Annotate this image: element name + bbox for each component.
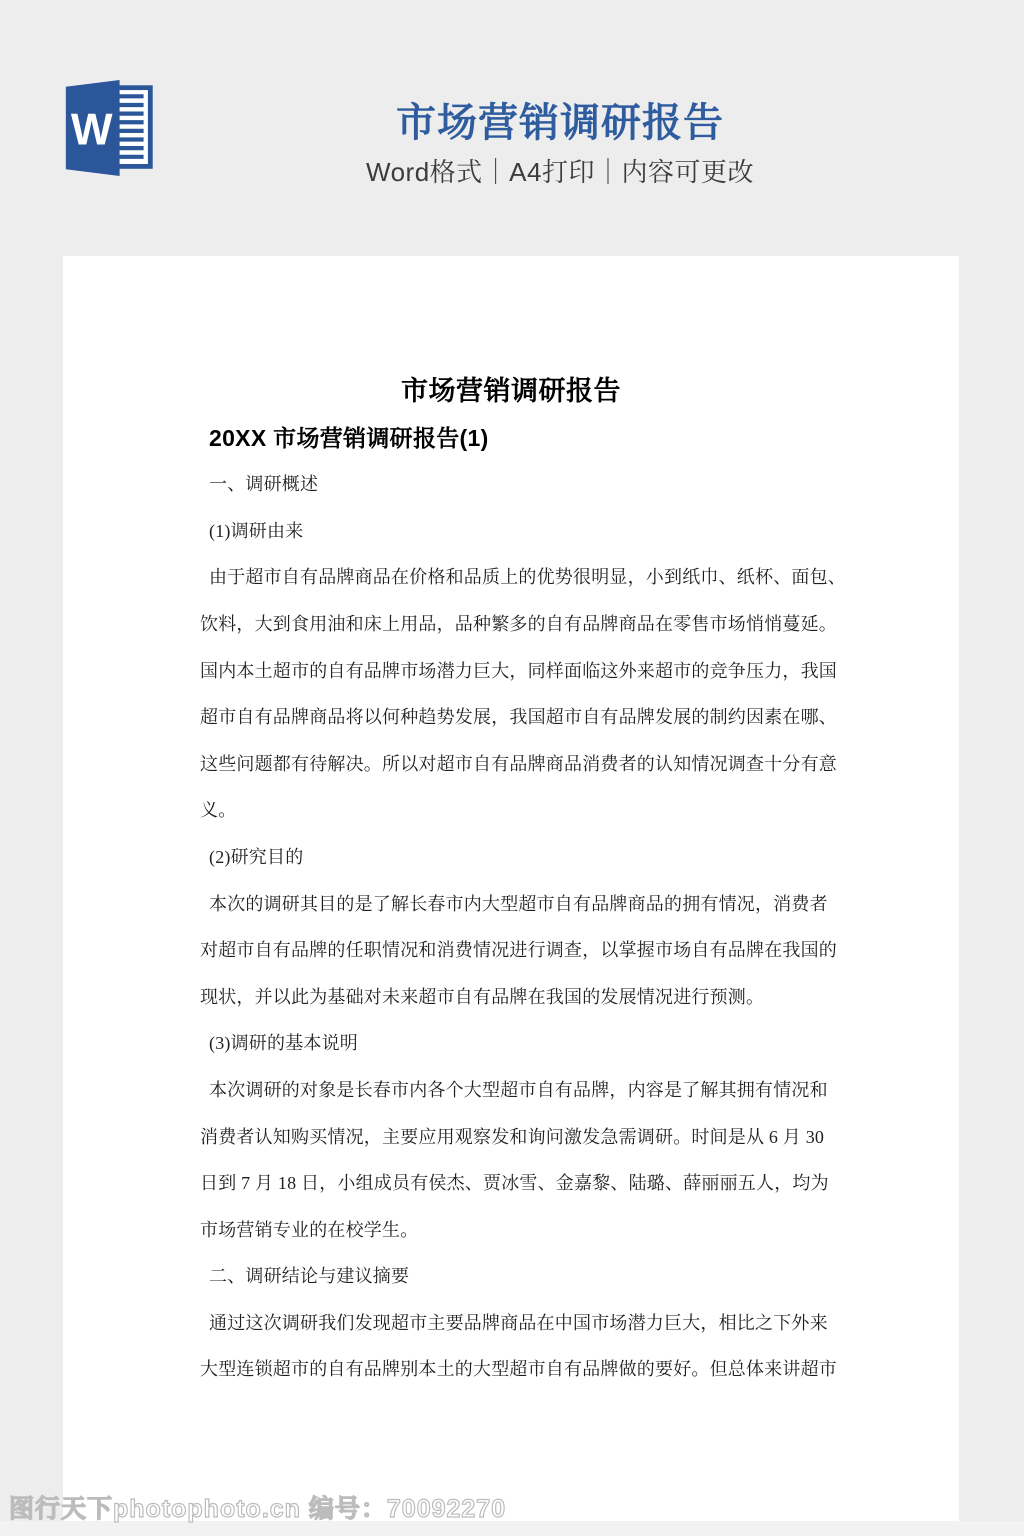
doc-text-line: 市场营销专业的在校学生。 (63, 1207, 959, 1254)
doc-text-line: 本次的调研其目的是了解长春市内大型超市自有品牌商品的拥有情况，消费者 (63, 881, 959, 928)
doc-section-line: (2)研究目的 (63, 834, 959, 881)
doc-text-line: 大型连锁超市的自有品牌别本土的大型超市自有品牌做的要好。但总体来讲超市 (63, 1346, 959, 1393)
doc-text-line: 消费者认知购买情况，主要应用观察发和询问激发急需调研。时间是从 6 月 30 (63, 1114, 959, 1161)
document-page: 市场营销调研报告20XX 市场营销调研报告(1)一、调研概述(1)调研由来由于超… (63, 256, 959, 1521)
doc-text-line: 日到 7 月 18 日，小组成员有侯杰、贾冰雪、金嘉黎、陆璐、薛丽丽五人，均为 (63, 1160, 959, 1207)
doc-heading: 20XX 市场营销调研报告(1) (63, 415, 959, 462)
doc-text-line: 饮料，大到食用油和床上用品，品种繁多的自有品牌商品在零售市场悄悄蔓延。 (63, 601, 959, 648)
doc-text-line: 义。 (63, 787, 959, 834)
header-subtitle: Word格式｜A4打印｜内容可更改 (96, 152, 1024, 189)
doc-text-line: 国内本土超市的自有品牌市场潜力巨大，同样面临这外来超市的竞争压力，我国 (63, 648, 959, 695)
doc-section-line: (1)调研由来 (63, 508, 959, 555)
doc-section-line: 一、调研概述 (63, 461, 959, 508)
doc-section-line: 二、调研结论与建议摘要 (63, 1253, 959, 1300)
doc-text-line: 通过这次调研我们发现超市主要品牌商品在中国市场潜力巨大，相比之下外来 (63, 1300, 959, 1347)
doc-text-line: 这些问题都有待解决。所以对超市自有品牌商品消费者的认知情况调查十分有意 (63, 741, 959, 788)
doc-section-line: (3)调研的基本说明 (63, 1020, 959, 1067)
doc-text-line: 本次调研的对象是长春市内各个大型超市自有品牌，内容是了解其拥有情况和 (63, 1067, 959, 1114)
doc-text-line: 现状，并以此为基础对未来超市自有品牌在我国的发展情况进行预测。 (63, 974, 959, 1021)
watermark-text: 图行天下photophoto.cn 编号：70092270 (9, 1489, 506, 1525)
document-content: 市场营销调研报告20XX 市场营销调研报告(1)一、调研概述(1)调研由来由于超… (63, 368, 959, 1393)
doc-title-line: 市场营销调研报告 (63, 368, 959, 415)
header-title: 市场营销调研报告 (96, 91, 1024, 148)
doc-text-line: 对超市自有品牌的任职情况和消费情况进行调查，以掌握市场自有品牌在我国的 (63, 927, 959, 974)
doc-text-line: 超市自有品牌商品将以何种趋势发展，我国超市自有品牌发展的制约因素在哪、 (63, 694, 959, 741)
doc-text-line: 由于超市自有品牌商品在价格和品质上的优势很明显，小到纸巾、纸杯、面包、 (63, 554, 959, 601)
